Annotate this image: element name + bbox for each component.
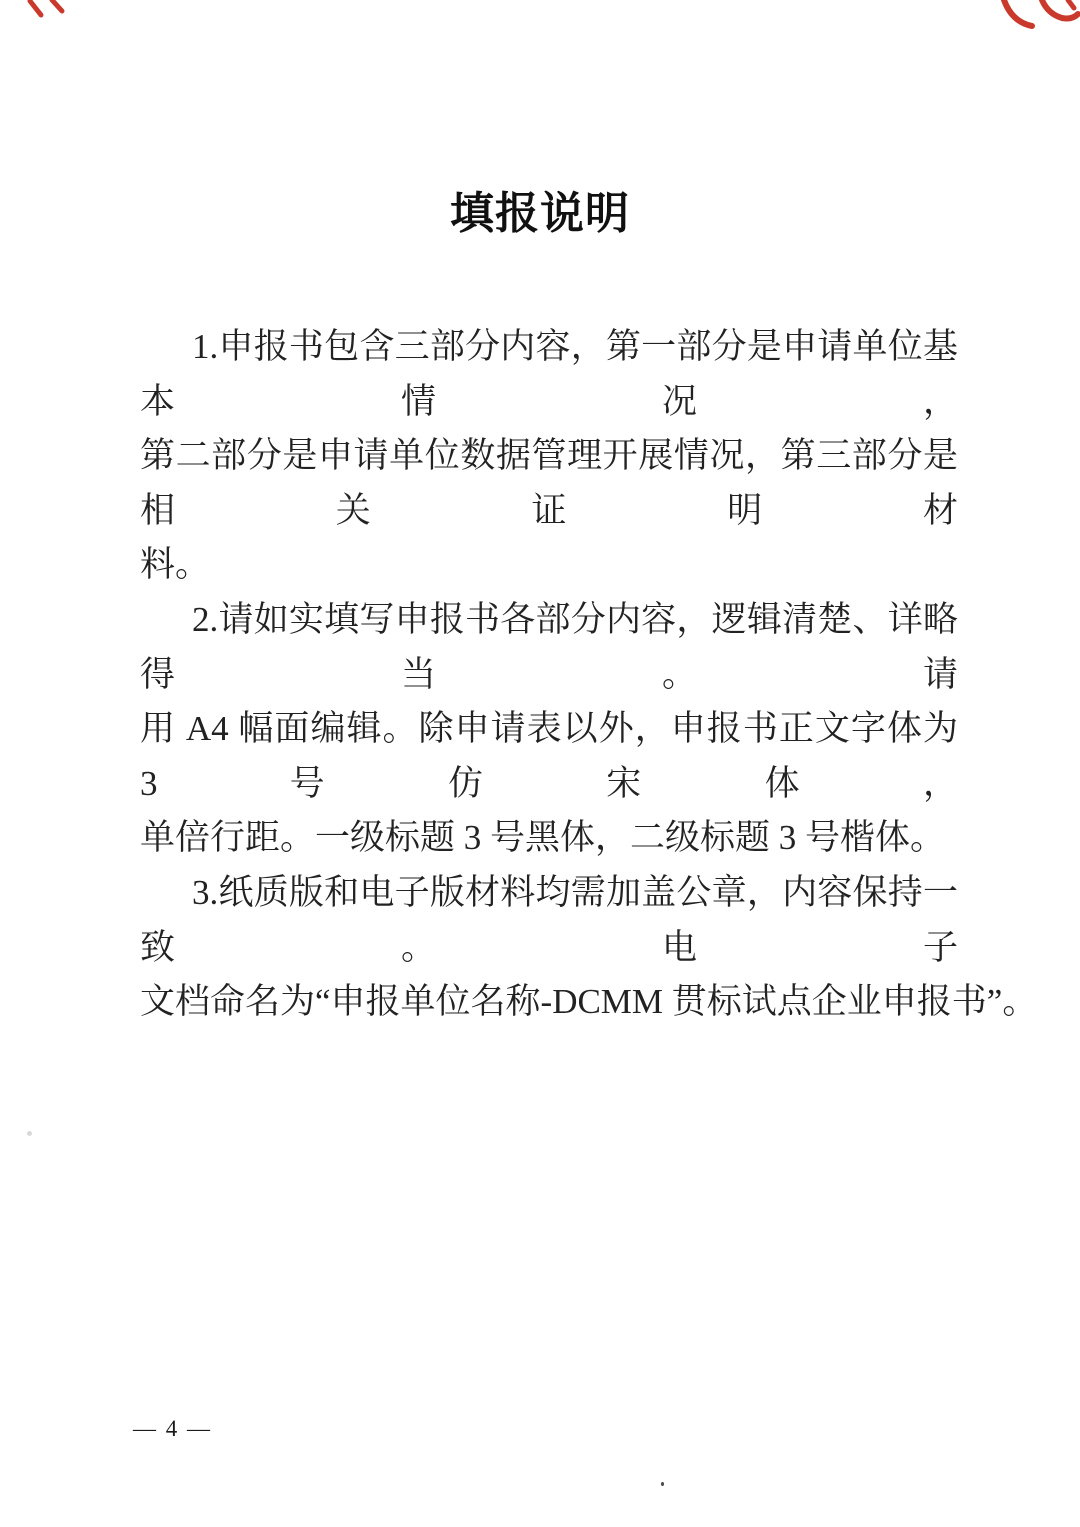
- body-line: 3.纸质版和电子版材料均需加盖公章，内容保持一致。电子: [140, 866, 958, 975]
- body-line: 第二部分是申请单位数据管理开展情况，第三部分是相关证明材: [140, 429, 958, 538]
- red-scan-artifact-top-left: [26, 0, 70, 20]
- red-scan-artifact-top-right: [998, 0, 1080, 40]
- page-title: 填报说明: [0, 186, 1080, 242]
- body-line: 用 A4 幅面编辑。除申请表以外，申报书正文字体为 3 号仿宋体，: [140, 702, 958, 811]
- body-line: 2.请如实填写申报书各部分内容，逻辑清楚、详略得当。请: [140, 593, 958, 702]
- document-page: 填报说明 1.申报书包含三部分内容，第一部分是申请单位基本情况， 第二部分是申请…: [0, 0, 1080, 1527]
- body-line: 料。: [140, 538, 958, 593]
- body-line: 1.申报书包含三部分内容，第一部分是申请单位基本情况，: [140, 320, 958, 429]
- body-line: 文档命名为“申报单位名称-DCMM 贯标试点企业申报书”。: [140, 975, 958, 1030]
- footer-page-number: — 4 —: [133, 1416, 212, 1442]
- scan-speck: [661, 1482, 664, 1486]
- body-text-block: 1.申报书包含三部分内容，第一部分是申请单位基本情况， 第二部分是申请单位数据管…: [140, 320, 958, 1030]
- body-line: 单倍行距。一级标题 3 号黑体，二级标题 3 号楷体。: [140, 811, 958, 866]
- scan-speck: [27, 1131, 32, 1136]
